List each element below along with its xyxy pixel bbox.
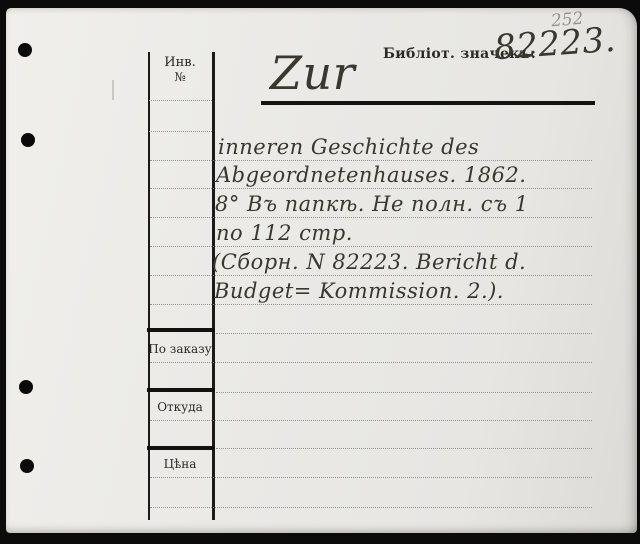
- ruled-line: [216, 392, 592, 393]
- scanned-catalog-card: Инв. № По заказу Откуда Цѣна 252 Библіот…: [0, 0, 640, 544]
- hole-punch: [20, 459, 34, 473]
- ruled-line: [150, 362, 592, 363]
- hole-punch: [21, 133, 35, 147]
- ruled-line: [150, 304, 592, 305]
- catalog-card-paper: Инв. № По заказу Откуда Цѣна 252 Библіот…: [6, 8, 637, 533]
- ruled-line: [149, 131, 212, 132]
- column-divider-rule: [147, 446, 215, 450]
- ruled-line: [150, 275, 592, 276]
- order-cell-label: По заказу: [148, 342, 212, 356]
- price-cell-label: Цѣна: [148, 457, 212, 471]
- ruled-line: [150, 217, 592, 218]
- entry-line: по 112 стр.: [216, 221, 353, 245]
- ruled-line: [150, 188, 592, 189]
- origin-cell-label: Откуда: [148, 400, 212, 414]
- entry-line: inneren Geschichte des: [218, 135, 479, 159]
- ruled-line: [150, 160, 592, 161]
- column-divider-rule: [147, 328, 215, 332]
- entry-line: Abgeordnetenhauses. 1862.: [216, 163, 526, 187]
- ruled-line: [216, 448, 592, 449]
- ruled-line: [150, 420, 592, 421]
- entry-line: (Сборн. N 82223. Bericht d.: [212, 250, 526, 274]
- ruled-line: [216, 333, 592, 334]
- inventory-label-line2: №: [148, 70, 212, 85]
- pencil-smudge: [112, 80, 114, 100]
- library-stamp-number: 82223.: [493, 20, 617, 68]
- ruled-line: [150, 507, 592, 508]
- hole-punch: [18, 43, 32, 57]
- heading-underline: [261, 101, 595, 105]
- ruled-line: [150, 477, 592, 478]
- entry-line: 8° Въ папкѣ. Не полн. съ 1: [215, 192, 529, 216]
- ruled-line: [150, 246, 592, 247]
- hole-punch: [19, 380, 33, 394]
- inventory-number-label: Инв. №: [148, 55, 212, 85]
- inventory-label-line1: Инв.: [148, 55, 212, 70]
- ruled-line: [149, 100, 212, 101]
- column-divider-rule: [147, 388, 215, 392]
- heading-word: Zur: [270, 46, 355, 100]
- entry-line: Budget= Kommission. 2.).: [214, 279, 504, 303]
